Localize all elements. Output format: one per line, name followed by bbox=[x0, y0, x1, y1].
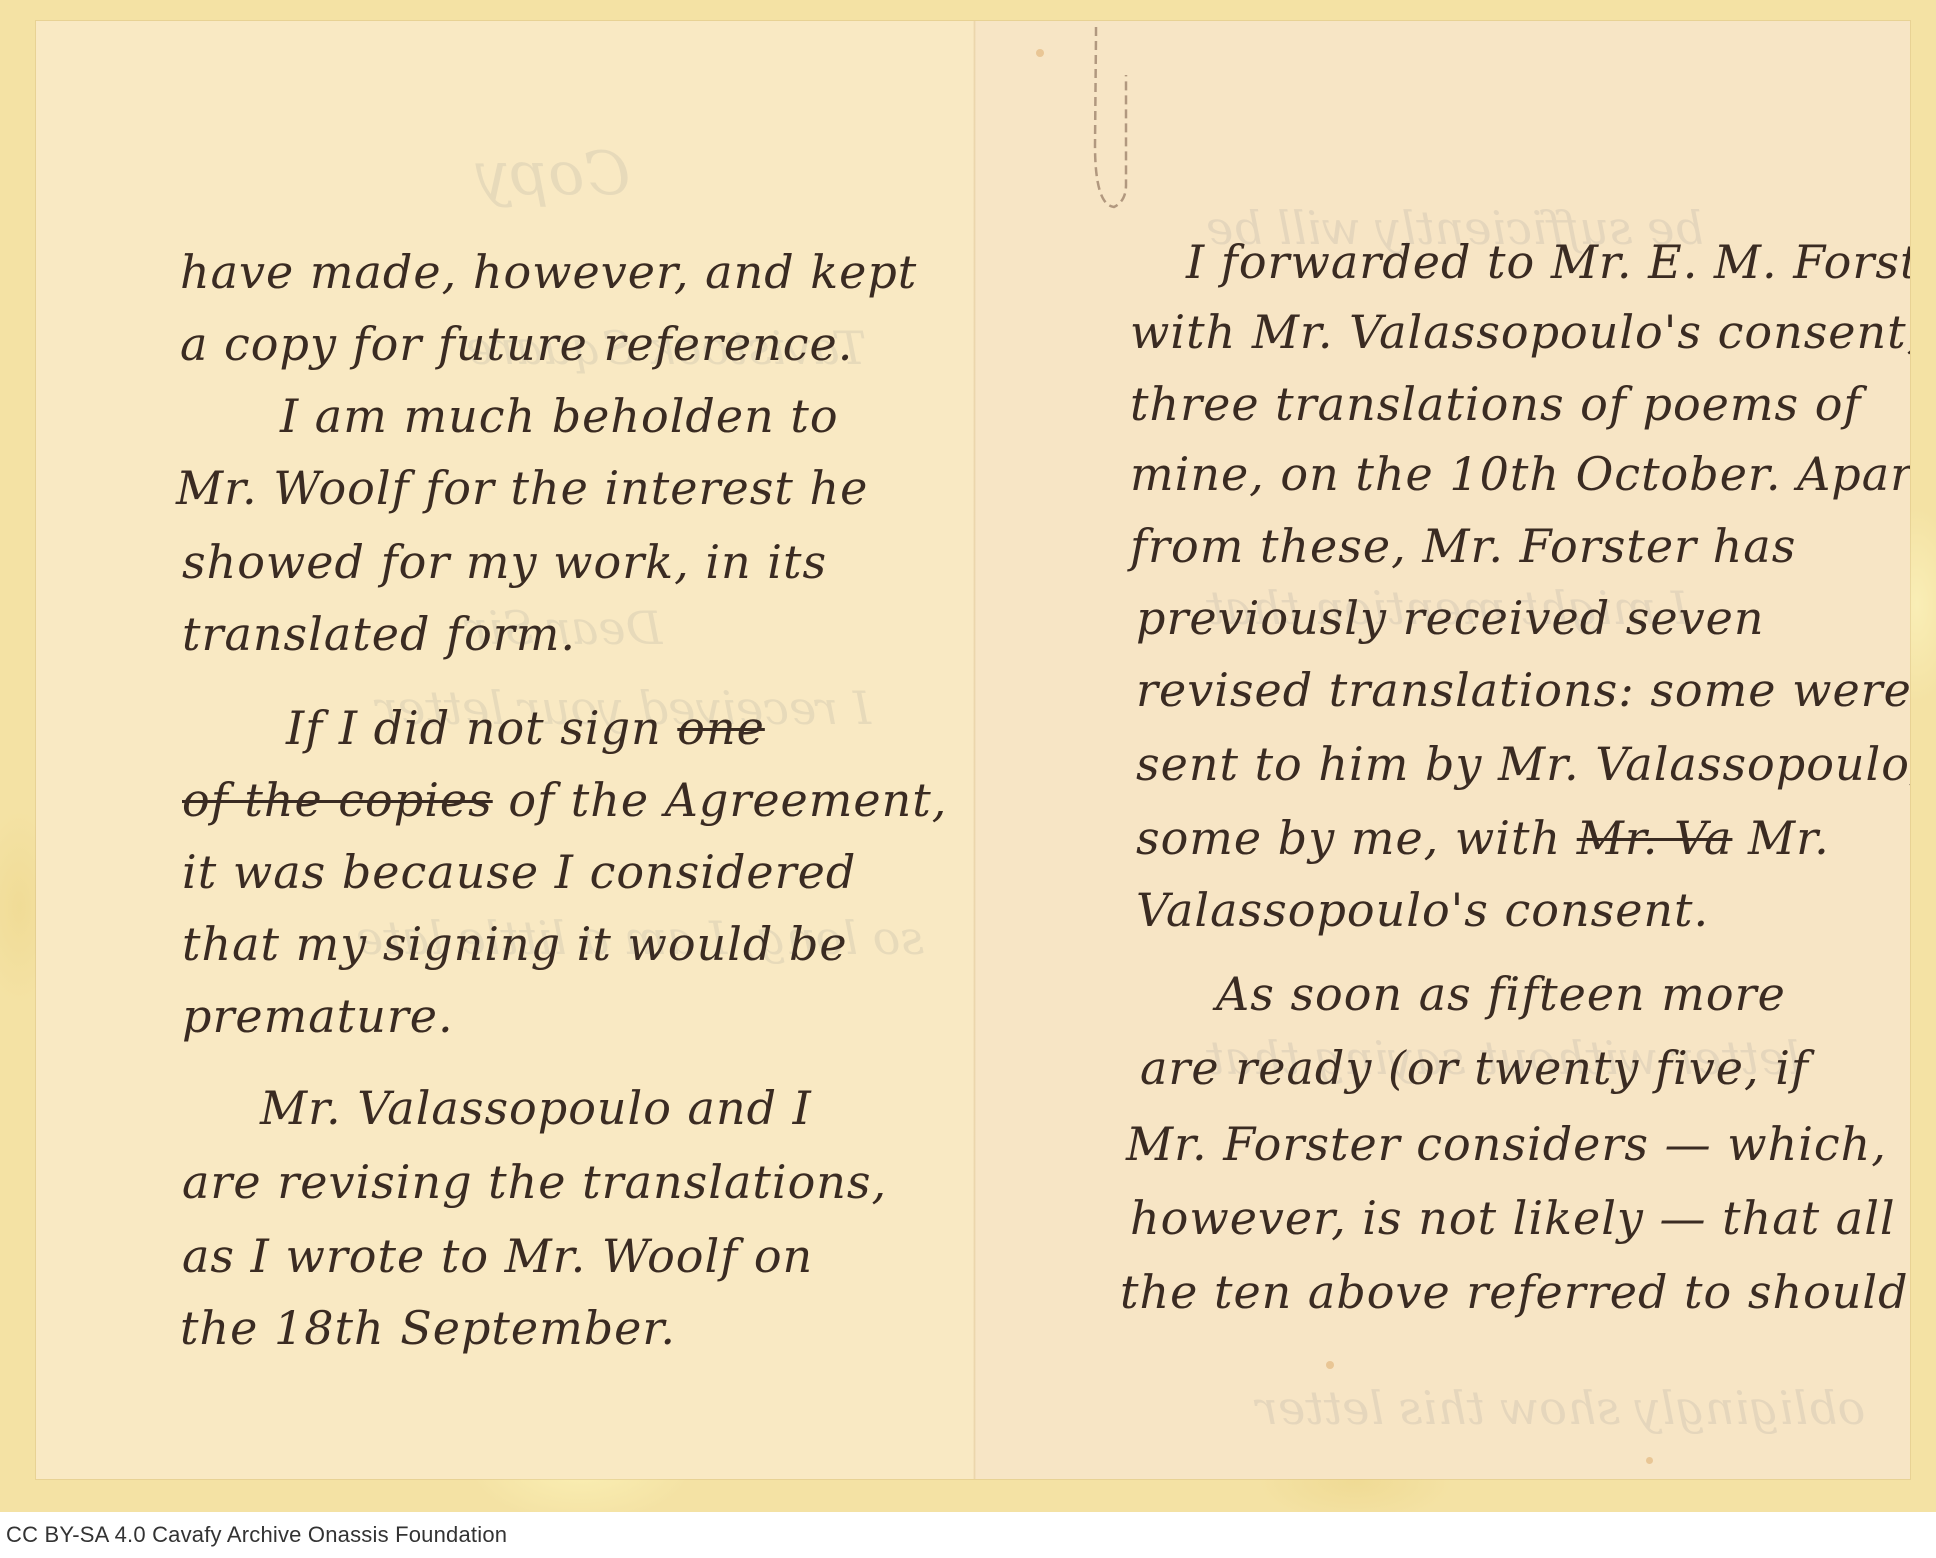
handwritten-line: some by me, with Mr. Va Mr. bbox=[1136, 815, 1830, 861]
handwritten-line: the ten above referred to should bbox=[1120, 1269, 1909, 1315]
handwritten-line: sent to him by Mr. Valassopoulo; bbox=[1136, 741, 1910, 787]
paperclip-rust-mark-icon bbox=[1092, 25, 1132, 215]
handwritten-line: Mr. Valassopoulo and I bbox=[260, 1085, 812, 1131]
handwritten-line: Mr. Woolf for the interest he bbox=[176, 465, 868, 511]
line-text-suffix: Mr. bbox=[1732, 811, 1829, 865]
mirrored-pencil-annotation: Copy bbox=[476, 139, 630, 209]
handwritten-line: I forwarded to Mr. E. M. Forster, bbox=[1186, 239, 1910, 285]
handwritten-line: the 18th September. bbox=[180, 1305, 676, 1351]
handwritten-line: translated form. bbox=[182, 611, 576, 657]
foxing-spot bbox=[1036, 49, 1044, 57]
handwritten-line: with Mr. Valassopoulo's consent, bbox=[1130, 309, 1910, 355]
line-text: some by me, with bbox=[1136, 811, 1561, 865]
handwritten-line: revised translations: some were bbox=[1136, 667, 1910, 713]
handwritten-line: however, is not likely — that all bbox=[1130, 1195, 1896, 1241]
handwritten-line: are ready (or twenty five, if bbox=[1140, 1045, 1809, 1091]
handwritten-line: that my signing it would be bbox=[182, 921, 848, 967]
handwritten-line: If I did not sign one bbox=[286, 705, 765, 751]
handwritten-line: I am much beholden to bbox=[280, 393, 839, 439]
handwritten-line: Mr. Forster considers — which, bbox=[1126, 1121, 1887, 1167]
line-text: of the Agreement, bbox=[493, 773, 948, 827]
license-caption: CC BY-SA 4.0 Cavafy Archive Onassis Foun… bbox=[6, 1522, 507, 1548]
struck-out-word: Mr. Va bbox=[1577, 811, 1733, 865]
bleed-through-text: obligingly show this letter bbox=[1256, 1381, 1865, 1435]
struck-out-word: one bbox=[677, 701, 765, 755]
letter-sheet: Copy Tavistock Square Dear Sir I receive… bbox=[36, 21, 1910, 1479]
handwritten-line: mine, on the 10th October. Apart bbox=[1130, 451, 1910, 497]
handwritten-line: three translations of poems of bbox=[1130, 381, 1861, 427]
handwritten-line: have made, however, and kept bbox=[180, 249, 917, 295]
handwritten-line: premature. bbox=[182, 993, 454, 1039]
handwritten-line: previously received seven bbox=[1136, 595, 1764, 641]
handwritten-line: from these, Mr. Forster has bbox=[1130, 523, 1796, 569]
handwritten-line: a copy for future reference. bbox=[180, 321, 853, 367]
handwritten-line: of the copies of the Agreement, bbox=[182, 777, 947, 823]
handwritten-line: showed for my work, in its bbox=[182, 539, 827, 585]
handwritten-line: are revising the translations, bbox=[182, 1159, 887, 1205]
handwritten-line: as I wrote to Mr. Woolf on bbox=[182, 1233, 813, 1279]
handwritten-line: As soon as fifteen more bbox=[1216, 971, 1786, 1017]
center-fold-line bbox=[973, 21, 976, 1479]
foxing-spot bbox=[1326, 1361, 1334, 1369]
foxing-spot bbox=[1646, 1457, 1653, 1464]
struck-out-words: of the copies bbox=[182, 773, 493, 827]
line-text: If I did not sign bbox=[286, 701, 662, 755]
handwritten-line: Valassopoulo's consent. bbox=[1136, 887, 1709, 933]
handwritten-line: it was because I considered bbox=[182, 849, 856, 895]
